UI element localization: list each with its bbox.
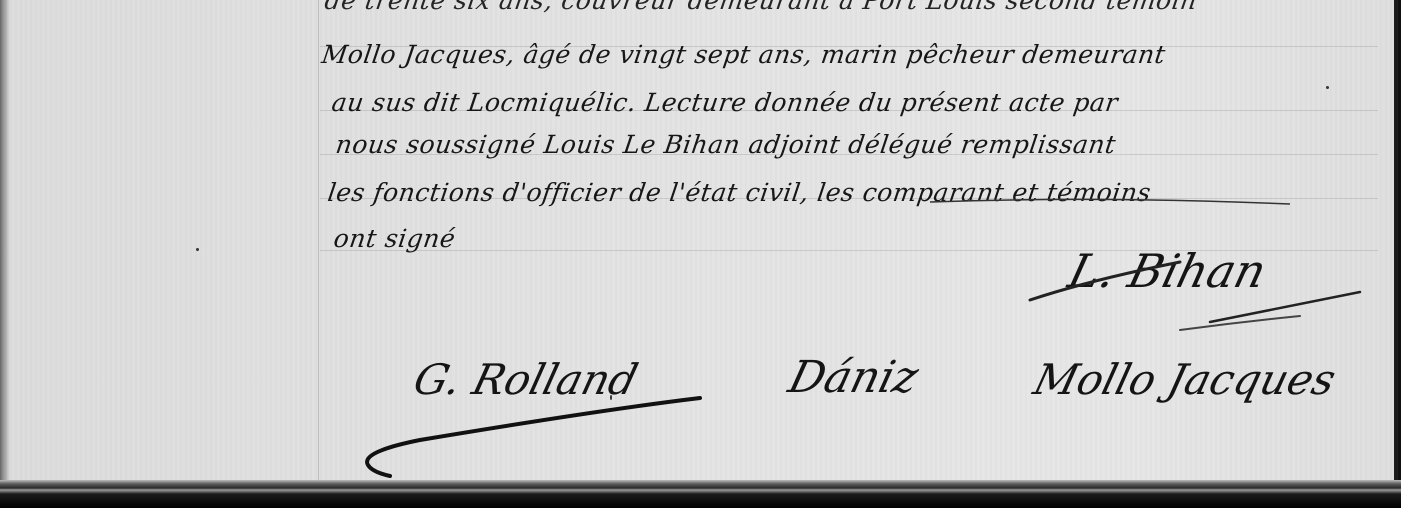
witness-signature-mollo: Mollo Jacques [1029,355,1341,404]
page-bottom-edge [0,480,1401,508]
text-line-1: de trente six ans, couvreur demeurant à … [323,0,1199,15]
text-line-2: Mollo Jacques, âgé de vingt sept ans, ma… [320,40,1167,69]
page-edge-right [1394,0,1398,492]
text-line-3: au sus dit Locmiquélic. Lecture donnée d… [330,88,1120,117]
margin-line [318,0,319,492]
ink-speck [196,248,199,251]
text-line-6: ont signé [332,224,457,253]
text-line-4: nous soussigné Louis Le Bihan adjoint dé… [334,130,1118,159]
witness-signature-daniz: Dániz [784,352,924,403]
officer-signature: L. Bihan [1063,244,1271,298]
text-line-5: les fonctions d'officier de l'état civil… [326,178,1153,207]
register-page: de trente six ans, couvreur demeurant à … [0,0,1398,492]
witness-signature-rolland: G. Rolland [409,355,643,404]
ink-speck [1326,86,1329,89]
